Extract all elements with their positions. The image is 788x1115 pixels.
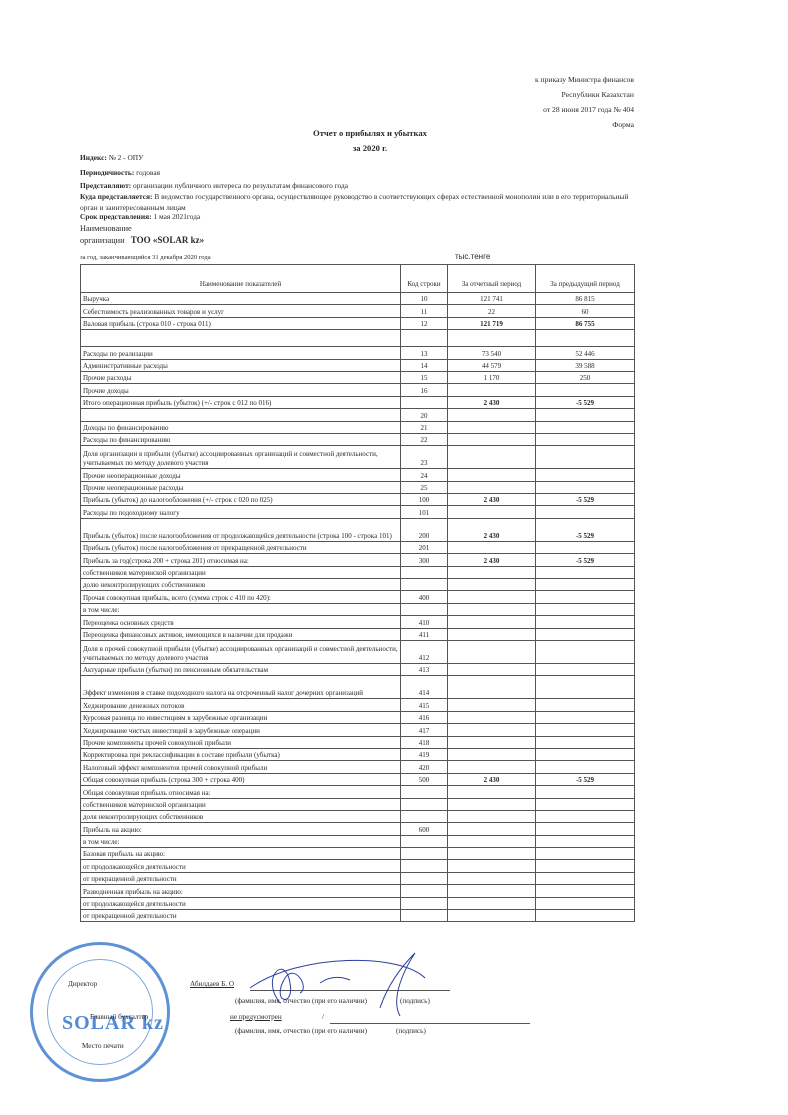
row-name: Разводненная прибыль на акцию: (81, 885, 401, 897)
row-current-value (448, 910, 536, 922)
row-current-value: 2 430 (448, 396, 536, 408)
row-current-value: 73 540 (448, 347, 536, 359)
table-row: от продолжающейся деятельности (81, 897, 635, 909)
row-code: 414 (401, 676, 448, 699)
row-name: Прибыль на акцию: (81, 823, 401, 835)
row-code: 411 (401, 628, 448, 640)
order-line-1: к приказу Министра финансов (535, 72, 634, 87)
org-label: Наименование (80, 224, 132, 233)
row-code: 420 (401, 761, 448, 773)
row-current-value (448, 711, 536, 723)
table-row: 20 (81, 409, 635, 421)
header-current-period: За отчетный период (448, 265, 536, 293)
table-row: Выручка10121 74186 815 (81, 293, 635, 305)
table-row: Общая совокупная прибыль (строка 300 + с… (81, 773, 635, 785)
table-row: Доходы по финансированию21 (81, 421, 635, 433)
row-previous-value (536, 384, 635, 396)
row-code: 100 (401, 494, 448, 506)
table-row: от прекращенной деятельности (81, 910, 635, 922)
row-code: 413 (401, 663, 448, 675)
row-previous-value (536, 481, 635, 493)
row-current-value (448, 786, 536, 798)
row-current-value (448, 481, 536, 493)
row-name: Прочая совокупная прибыль, всего (сумма … (81, 591, 401, 603)
row-name: Хеджирование чистых инвестиций в зарубеж… (81, 724, 401, 736)
table-row: Итого операционная прибыль (убыток) (+/-… (81, 396, 635, 408)
row-name: Прибыль за год(строка 200 + строка 201) … (81, 554, 401, 566)
row-previous-value (536, 897, 635, 909)
row-current-value: 121 741 (448, 293, 536, 305)
table-row: собственников материнской организации (81, 566, 635, 578)
table-row: от прекращенной деятельности (81, 872, 635, 884)
row-previous-value (536, 724, 635, 736)
row-previous-value (536, 446, 635, 469)
row-previous-value (536, 676, 635, 699)
row-previous-value: 52 446 (536, 347, 635, 359)
row-current-value (448, 384, 536, 396)
row-name: Корректировка при реклассификации в сост… (81, 748, 401, 760)
row-code (401, 835, 448, 847)
row-code: 25 (401, 481, 448, 493)
row-name: Административные расходы (81, 359, 401, 371)
row-current-value (448, 872, 536, 884)
row-name (81, 409, 401, 421)
deadline-value: 1 мая 2021года (153, 212, 200, 221)
row-code (401, 848, 448, 860)
accountant-caption: (фамилия, имя, отчество (при его наличии… (235, 1027, 367, 1035)
row-previous-value (536, 640, 635, 663)
row-previous-value: 250 (536, 371, 635, 383)
row-code: 415 (401, 699, 448, 711)
row-previous-value (536, 823, 635, 835)
meta-submitted-by: Представляют: организации публичного инт… (80, 180, 640, 191)
row-name: Прочие компоненты прочей совокупной приб… (81, 736, 401, 748)
row-previous-value (536, 699, 635, 711)
row-code: 500 (401, 773, 448, 785)
row-current-value: 2 430 (448, 554, 536, 566)
table-header-row: Наименование показателей Код строки За о… (81, 265, 635, 293)
row-previous-value (536, 628, 635, 640)
row-name: в том числе: (81, 835, 401, 847)
row-code (401, 603, 448, 615)
row-name: Актуарные прибыли (убытки) по пенсионным… (81, 663, 401, 675)
row-code: 417 (401, 724, 448, 736)
row-name: от прекращенной деятельности (81, 910, 401, 922)
row-current-value (448, 885, 536, 897)
submitted-by-label: Представляют: (80, 181, 131, 190)
row-code: 412 (401, 640, 448, 663)
row-previous-value (536, 663, 635, 675)
row-code (401, 872, 448, 884)
table-row: Эффект изменения в ставке подоходного на… (81, 676, 635, 699)
row-current-value (448, 748, 536, 760)
row-previous-value (536, 761, 635, 773)
org-line: организации ТОО «SOLAR kz» (80, 235, 204, 245)
period-text: за год, заканчивающийся 31 декабря 2020 … (80, 254, 211, 261)
row-current-value (448, 761, 536, 773)
row-name: Себестоимость реализованных товаров и ус… (81, 305, 401, 317)
row-previous-value: -5 529 (536, 554, 635, 566)
row-code (401, 885, 448, 897)
table-row (81, 330, 635, 347)
row-current-value (448, 724, 536, 736)
row-previous-value (536, 616, 635, 628)
row-previous-value (536, 848, 635, 860)
row-code: 10 (401, 293, 448, 305)
row-previous-value (536, 786, 635, 798)
row-current-value (448, 591, 536, 603)
row-current-value: 1 170 (448, 371, 536, 383)
table-row: Курсовая разница по инвестициям в зарубе… (81, 711, 635, 723)
row-name: Прочие расходы (81, 371, 401, 383)
row-code: 400 (401, 591, 448, 603)
row-name: Общая совокупная прибыль относимая на: (81, 786, 401, 798)
accountant-signature-line (330, 1023, 530, 1024)
table-row: Прочие неоперационные расходы25 (81, 481, 635, 493)
row-current-value: 2 430 (448, 773, 536, 785)
meta-submitted-to: Куда представляется: В ведомство государ… (80, 191, 640, 213)
table-row: Доля организации в прибыли (убытке) ассо… (81, 446, 635, 469)
table-row: Общая совокупная прибыль относимая на: (81, 786, 635, 798)
table-row: доля неконтролирующих собственников (81, 810, 635, 822)
table-row: Валовая прибыль (строка 010 - строка 011… (81, 317, 635, 329)
row-previous-value (536, 748, 635, 760)
row-name: от прекращенной деятельности (81, 872, 401, 884)
row-current-value (448, 421, 536, 433)
row-previous-value (536, 421, 635, 433)
row-current-value (448, 579, 536, 591)
row-code (401, 330, 448, 347)
table-row: Корректировка при реклассификации в сост… (81, 748, 635, 760)
accountant-name: не предусмотрен (230, 1013, 282, 1021)
row-name: Доходы по финансированию (81, 421, 401, 433)
table-row: Доля в прочей совокупной прибыли (убытке… (81, 640, 635, 663)
row-name: Доля в прочей совокупной прибыли (убытке… (81, 640, 401, 663)
row-code: 15 (401, 371, 448, 383)
submitted-to-label: Куда представляется: (80, 192, 152, 201)
row-name: Переоценка финансовых активов, имеющихся… (81, 628, 401, 640)
row-current-value (448, 823, 536, 835)
row-name: Прибыль (убыток) после налогообложения о… (81, 541, 401, 553)
row-code: 12 (401, 317, 448, 329)
table-row: Прибыль (убыток) после налогообложения о… (81, 518, 635, 541)
row-name: Расходы по подоходному налогу (81, 506, 401, 518)
director-name: Абилдаев Б. О (190, 980, 234, 988)
row-previous-value (536, 860, 635, 872)
row-code (401, 579, 448, 591)
order-line-3: от 28 июня 2017 года № 404 (535, 102, 634, 117)
row-previous-value (536, 835, 635, 847)
row-current-value (448, 640, 536, 663)
row-name: Расходы по реализации (81, 347, 401, 359)
row-code: 300 (401, 554, 448, 566)
row-code: 23 (401, 446, 448, 469)
row-name: Прочие доходы (81, 384, 401, 396)
row-previous-value: -5 529 (536, 494, 635, 506)
table-row: Прибыль за год(строка 200 + строка 201) … (81, 554, 635, 566)
table-row: Прибыль на акцию:600 (81, 823, 635, 835)
meta-deadline: Срок представления: 1 мая 2021года (80, 211, 640, 222)
row-code: 419 (401, 748, 448, 760)
row-name: собственников материнской организации (81, 798, 401, 810)
header-previous-period: За предыдущий период (536, 265, 635, 293)
row-previous-value (536, 910, 635, 922)
table-row: Хеджирование денежных потоков415 (81, 699, 635, 711)
row-current-value (448, 699, 536, 711)
row-name: Хеджирование денежных потоков (81, 699, 401, 711)
row-code: 21 (401, 421, 448, 433)
table-row: Налоговый эффект компонентов прочей сово… (81, 761, 635, 773)
row-name: долю неконтролирующих собственников (81, 579, 401, 591)
row-name: Итого операционная прибыль (убыток) (+/-… (81, 396, 401, 408)
table-row: Актуарные прибыли (убытки) по пенсионным… (81, 663, 635, 675)
row-previous-value (536, 541, 635, 553)
row-current-value (448, 835, 536, 847)
row-name: Курсовая разница по инвестициям в зарубе… (81, 711, 401, 723)
row-name: от продолжающейся деятельности (81, 897, 401, 909)
header-indicator-name: Наименование показателей (81, 265, 401, 293)
row-previous-value (536, 798, 635, 810)
meta-periodicity: Периодичность: годовая (80, 167, 640, 178)
row-code (401, 810, 448, 822)
row-current-value: 2 430 (448, 494, 536, 506)
row-name: Прибыль (убыток) после налогообложения о… (81, 518, 401, 541)
row-previous-value: 39 588 (536, 359, 635, 371)
table-row: в том числе: (81, 603, 635, 615)
row-current-value (448, 506, 536, 518)
submitted-by-value: организации публичного интереса по резул… (133, 181, 348, 190)
row-previous-value (536, 711, 635, 723)
row-code: 20 (401, 409, 448, 421)
row-current-value (448, 897, 536, 909)
row-code (401, 897, 448, 909)
table-row: Расходы по подоходному налогу101 (81, 506, 635, 518)
row-previous-value (536, 469, 635, 481)
org-name: ТОО «SOLAR kz» (131, 235, 204, 245)
row-name: Эффект изменения в ставке подоходного на… (81, 676, 401, 699)
table-row: от продолжающейся деятельности (81, 860, 635, 872)
table-row: долю неконтролирующих собственников (81, 579, 635, 591)
row-previous-value: -5 529 (536, 518, 635, 541)
row-name: Прибыль (убыток) до налогообложения (+/-… (81, 494, 401, 506)
row-name: Расходы по финансированию (81, 433, 401, 445)
deadline-label: Срок представления: (80, 212, 152, 221)
row-code: 416 (401, 711, 448, 723)
row-name: доля неконтролирующих собственников (81, 810, 401, 822)
row-name: Налоговый эффект компонентов прочей сово… (81, 761, 401, 773)
row-name: Базовая прибыль на акцию: (81, 848, 401, 860)
table-row: Базовая прибыль на акцию: (81, 848, 635, 860)
table-row: Хеджирование чистых инвестиций в зарубеж… (81, 724, 635, 736)
periodicity-label: Периодичность: (80, 168, 134, 177)
row-current-value (448, 628, 536, 640)
row-current-value: 44 579 (448, 359, 536, 371)
row-previous-value (536, 506, 635, 518)
row-code: 22 (401, 433, 448, 445)
row-current-value: 121 719 (448, 317, 536, 329)
row-current-value (448, 848, 536, 860)
row-code: 600 (401, 823, 448, 835)
row-code: 14 (401, 359, 448, 371)
director-caption: (фамилия, имя, отчество (при его наличии… (235, 997, 367, 1005)
table-row: Прочие неоперационные доходы24 (81, 469, 635, 481)
row-code (401, 798, 448, 810)
index-value: № 2 - ОПУ (109, 153, 144, 162)
row-name: Прочие неоперационные расходы (81, 481, 401, 493)
row-name: в том числе: (81, 603, 401, 615)
row-current-value (448, 663, 536, 675)
row-current-value (448, 409, 536, 421)
director-label: Директор (68, 980, 97, 988)
row-current-value (448, 810, 536, 822)
row-name: собственников материнской организации (81, 566, 401, 578)
row-previous-value: -5 529 (536, 396, 635, 408)
row-previous-value (536, 433, 635, 445)
director-signature (240, 948, 430, 1018)
row-current-value (448, 566, 536, 578)
row-code (401, 860, 448, 872)
row-code (401, 566, 448, 578)
row-name: Выручка (81, 293, 401, 305)
row-name: Прочие неоперационные доходы (81, 469, 401, 481)
row-current-value (448, 603, 536, 615)
row-current-value (448, 330, 536, 347)
order-line-2: Республики Казахстан (535, 87, 634, 102)
row-current-value (448, 860, 536, 872)
row-code (401, 786, 448, 798)
row-previous-value (536, 579, 635, 591)
row-code: 24 (401, 469, 448, 481)
row-previous-value (536, 736, 635, 748)
row-code: 200 (401, 518, 448, 541)
row-previous-value: 86 755 (536, 317, 635, 329)
table-row: Прочие расходы151 170250 (81, 371, 635, 383)
row-current-value (448, 541, 536, 553)
row-name: Доля организации в прибыли (убытке) ассо… (81, 446, 401, 469)
table-row: Расходы по финансированию22 (81, 433, 635, 445)
row-code (401, 910, 448, 922)
row-code: 410 (401, 616, 448, 628)
org-label-2: организации (80, 236, 125, 245)
table-row: собственников материнской организации (81, 798, 635, 810)
index-label: Индекс: (80, 153, 107, 162)
table-row: Разводненная прибыль на акцию: (81, 885, 635, 897)
row-previous-value: 60 (536, 305, 635, 317)
accountant-label: Главный бухгалтер (90, 1013, 148, 1021)
row-code: 418 (401, 736, 448, 748)
header-line-code: Код строки (401, 265, 448, 293)
row-previous-value (536, 566, 635, 578)
row-previous-value: 86 815 (536, 293, 635, 305)
row-previous-value (536, 330, 635, 347)
table-row: Расходы по реализации1373 54052 446 (81, 347, 635, 359)
row-previous-value (536, 810, 635, 822)
table-row: Прочая совокупная прибыль, всего (сумма … (81, 591, 635, 603)
director-sign-caption: (подпись) (400, 997, 430, 1005)
row-current-value (448, 798, 536, 810)
row-code: 101 (401, 506, 448, 518)
row-previous-value (536, 872, 635, 884)
submitted-to-value: В ведомство государственного органа, осу… (80, 192, 628, 212)
order-reference: к приказу Министра финансов Республики К… (535, 72, 634, 132)
row-code: 201 (401, 541, 448, 553)
report-title: Отчет о прибылях и убытках (0, 126, 740, 141)
row-name: от продолжающейся деятельности (81, 860, 401, 872)
row-name (81, 330, 401, 347)
row-name: Переоценка основных средств (81, 616, 401, 628)
units-label: тыс.тенге (455, 252, 490, 261)
row-name: Общая совокупная прибыль (строка 300 + с… (81, 773, 401, 785)
table-row: Прибыль (убыток) после налогообложения о… (81, 541, 635, 553)
income-statement-table: Наименование показателей Код строки За о… (80, 264, 635, 922)
row-current-value (448, 736, 536, 748)
periodicity-value: годовая (136, 168, 160, 177)
accountant-sign-caption: (подпись) (396, 1027, 426, 1035)
row-current-value: 22 (448, 305, 536, 317)
row-code: 13 (401, 347, 448, 359)
row-previous-value: -5 529 (536, 773, 635, 785)
seal-label: Место печати (82, 1042, 124, 1050)
table-row: Себестоимость реализованных товаров и ус… (81, 305, 635, 317)
row-previous-value (536, 591, 635, 603)
table-row: Переоценка финансовых активов, имеющихся… (81, 628, 635, 640)
row-current-value (448, 676, 536, 699)
row-current-value (448, 616, 536, 628)
row-current-value: 2 430 (448, 518, 536, 541)
table-row: Административные расходы1444 57939 588 (81, 359, 635, 371)
row-code (401, 396, 448, 408)
row-code: 16 (401, 384, 448, 396)
table-row: в том числе: (81, 835, 635, 847)
row-code: 11 (401, 305, 448, 317)
table-row: Прочие компоненты прочей совокупной приб… (81, 736, 635, 748)
slash: / (322, 1013, 324, 1021)
table-row: Переоценка основных средств410 (81, 616, 635, 628)
meta-index: Индекс: № 2 - ОПУ (80, 152, 640, 163)
table-row: Прочие доходы16 (81, 384, 635, 396)
table-row: Прибыль (убыток) до налогообложения (+/-… (81, 494, 635, 506)
row-previous-value (536, 603, 635, 615)
row-current-value (448, 469, 536, 481)
row-current-value (448, 433, 536, 445)
row-previous-value (536, 885, 635, 897)
row-name: Валовая прибыль (строка 010 - строка 011… (81, 317, 401, 329)
row-previous-value (536, 409, 635, 421)
row-current-value (448, 446, 536, 469)
